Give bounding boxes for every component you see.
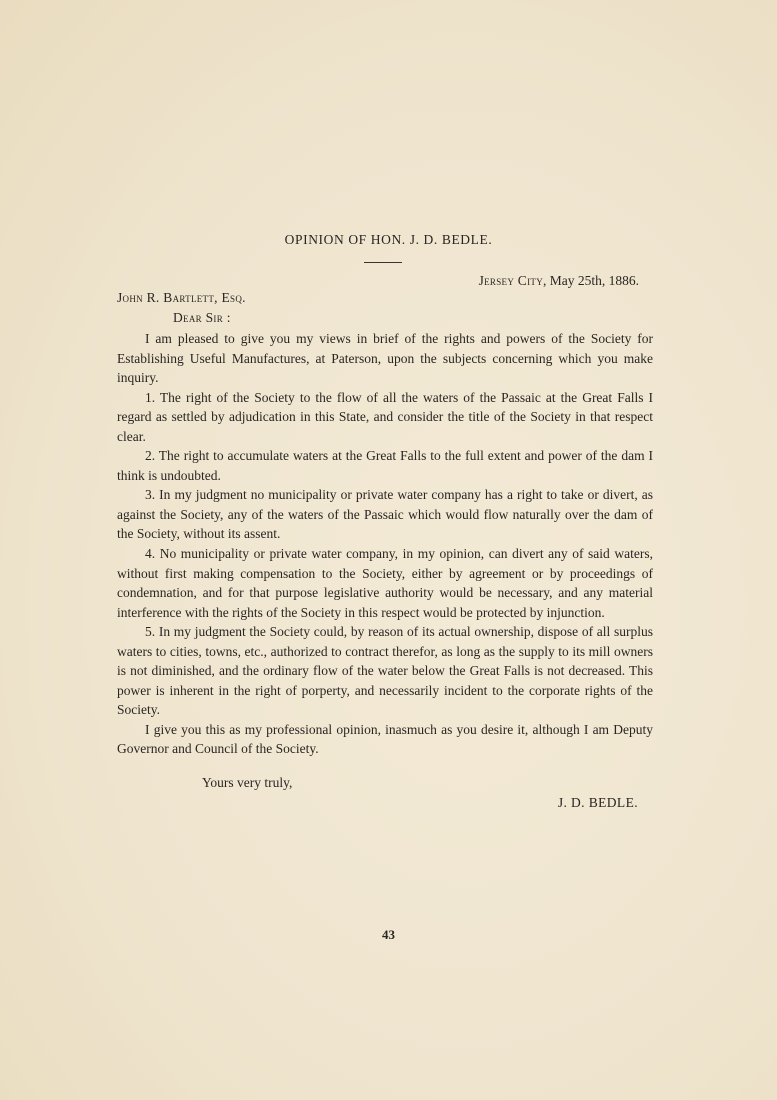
paragraph-point-4: 4. No municipality or private water comp… [117,544,653,622]
paragraph-intro: I am pleased to give you my views in bri… [117,329,653,388]
paragraph-conclusion: I give you this as my professional opini… [117,720,653,759]
letter-body: I am pleased to give you my views in bri… [117,329,653,759]
title-rule-divider [364,262,402,263]
closing: Yours very truly, [202,775,292,791]
document-page: OPINION OF HON. J. D. BEDLE. Jersey City… [0,0,777,1100]
dateline-place: Jersey City [479,273,543,288]
signature: J. D. BEDLE. [558,795,638,811]
dateline: Jersey City, May 25th, 1886. [479,273,639,289]
paragraph-point-2: 2. The right to accumulate waters at the… [117,446,653,485]
page-number: 43 [0,927,777,943]
addressee-suffix: , Esq. [214,290,246,305]
paragraph-point-3: 3. In my judgment no municipality or pri… [117,485,653,544]
dateline-date: , May 25th, 1886. [543,273,639,288]
addressee: John R. Bartlett, Esq. [117,290,246,306]
paragraph-point-1: 1. The right of the Society to the flow … [117,388,653,447]
paragraph-point-5: 5. In my judgment the Society could, by … [117,622,653,720]
greeting: Dear Sir : [173,310,231,326]
addressee-name: John R. Bartlett [117,290,214,305]
document-title: OPINION OF HON. J. D. BEDLE. [0,232,777,248]
